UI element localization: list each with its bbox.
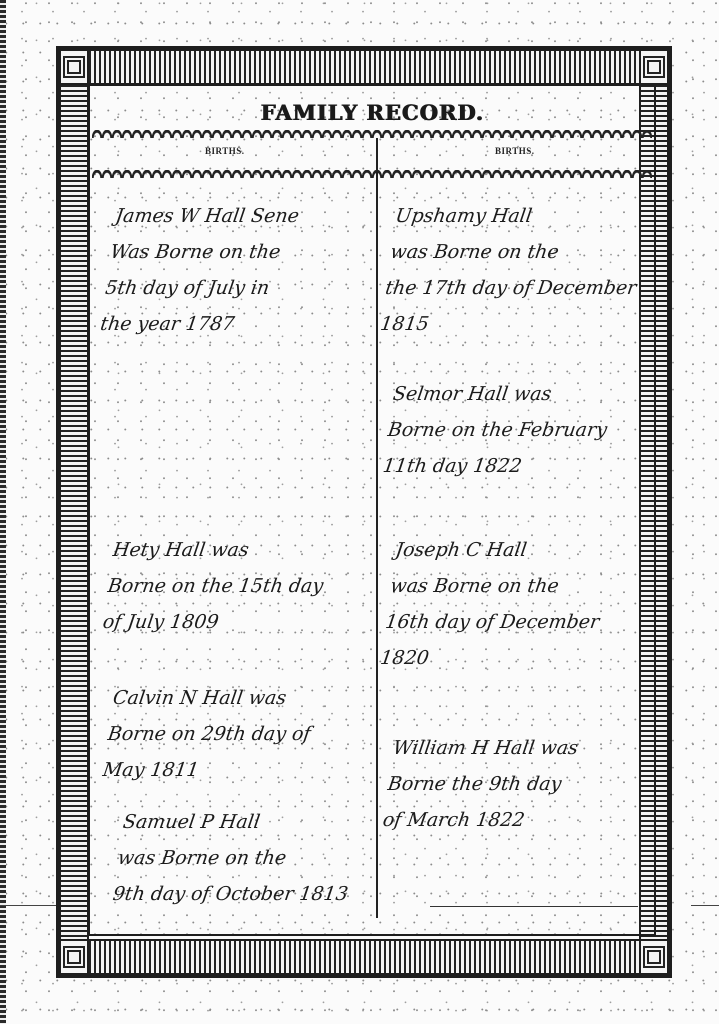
entry-line: of March 1822 [380, 802, 570, 838]
entry-line: 11th day 1822 [380, 448, 604, 484]
entry-line: Hety Hall was [111, 532, 331, 568]
entry-line: Borne on the February [385, 412, 609, 448]
frame-corner-ornament-icon [639, 939, 669, 975]
entry-line: was Borne on the [115, 840, 355, 876]
frame-corner-ornament-icon [59, 49, 89, 85]
entry-line: William H Hall was [391, 730, 581, 766]
column-header-births-left: BIRTHS. [205, 146, 244, 156]
frame-corner-ornament-icon [59, 939, 89, 975]
entry-line: 5th day of July in [103, 270, 291, 306]
entry-line: was Borne on the [388, 568, 607, 604]
frame-bottom-border [59, 939, 669, 975]
entry-line: Samuel P Hall [121, 804, 361, 840]
birth-entry: Hety Hall was Borne on the 15th day of J… [100, 532, 330, 640]
page-fold-line [0, 905, 56, 906]
entry-line: of July 1809 [100, 604, 320, 640]
ruled-line [430, 906, 638, 907]
entry-line: 9th day of October 1813 [110, 876, 350, 912]
entry-line: Was Borne on the [108, 234, 296, 270]
scan-edge-strip [0, 0, 6, 1024]
entry-line: 1820 [378, 640, 597, 676]
entry-line: May 1811 [100, 752, 308, 788]
entry-line: Borne on 29th day of [105, 716, 313, 752]
birth-entry: James W Hall Sene Was Borne on the 5th d… [98, 198, 302, 342]
entry-line: Joseph C Hall [393, 532, 612, 568]
entry-line: the year 1787 [98, 306, 286, 342]
entry-line: 1815 [378, 306, 634, 342]
frame-left-border [59, 85, 89, 939]
birth-entry: Samuel P Hall was Borne on the 9th day o… [110, 804, 360, 912]
entry-line: was Borne on the [388, 234, 644, 270]
wavy-divider [92, 170, 652, 178]
entry-line: Borne on the 15th day [105, 568, 325, 604]
entry-line: Selmor Hall was [391, 376, 615, 412]
page-fold-line [691, 905, 719, 906]
frame-top-border [59, 49, 669, 85]
frame-corner-ornament-icon [639, 49, 669, 85]
birth-entry: Calvin N Hall was Borne on 29th day of M… [100, 680, 318, 788]
birth-entry: Joseph C Hall was Borne on the 16th day … [378, 532, 612, 676]
entry-line: Borne the 9th day [385, 766, 575, 802]
entry-line: Upshamy Hall [393, 198, 649, 234]
column-header-births-right: BIRTHS. [495, 146, 534, 156]
birth-entry: Upshamy Hall was Borne on the the 17th d… [378, 198, 649, 342]
birth-entry: Selmor Hall was Borne on the February 11… [380, 376, 614, 484]
birth-entry: William H Hall was Borne the 9th day of … [380, 730, 580, 838]
entry-line: James W Hall Sene [113, 198, 301, 234]
entry-line: Calvin N Hall was [111, 680, 319, 716]
column-divider [376, 138, 378, 918]
entry-line: 16th day of December [383, 604, 602, 640]
page-title: FAMILY RECORD. [90, 100, 654, 125]
record-panel: FAMILY RECORD. BIRTHS. BIRTHS. James W H… [88, 84, 656, 936]
wavy-divider [92, 130, 652, 138]
entry-line: the 17th day of December [383, 270, 639, 306]
